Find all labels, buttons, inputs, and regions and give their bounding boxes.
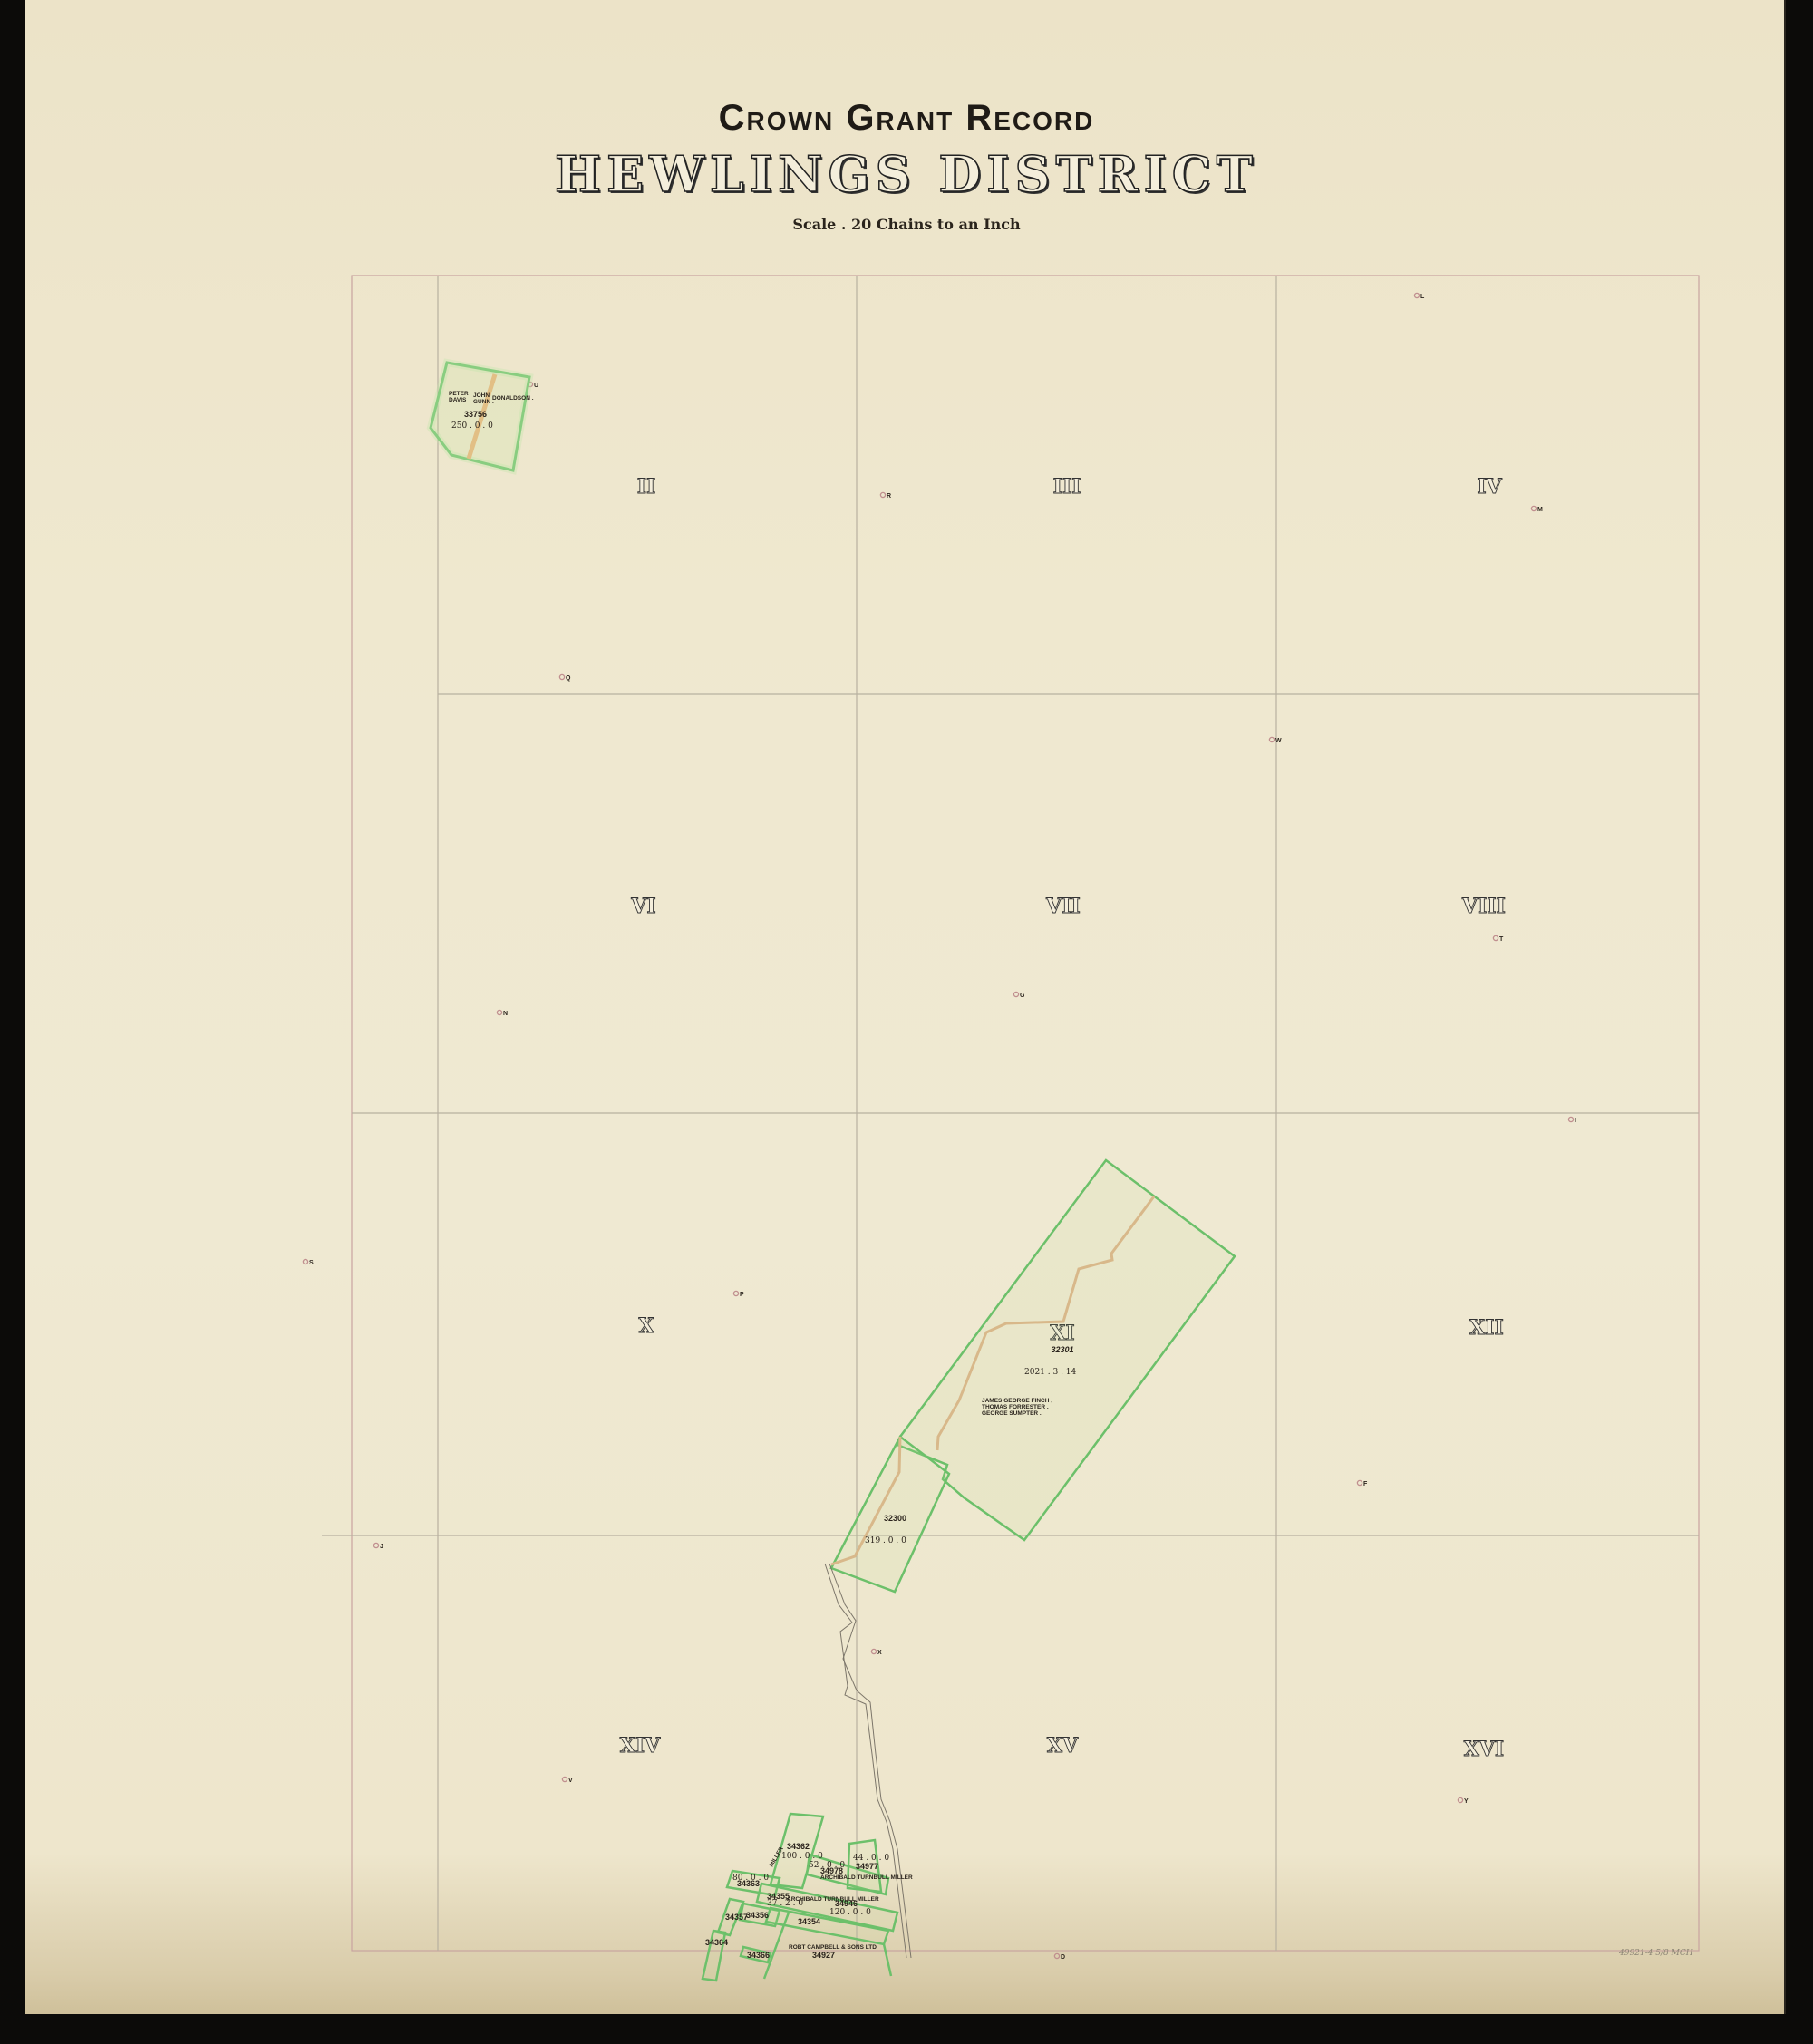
survey-mark-icon (373, 1543, 378, 1547)
hundred-label: XII (1469, 1316, 1504, 1340)
parcel-area: 250 . 0 . 0 (451, 421, 493, 431)
parcel-number: 34366 (747, 1951, 770, 1960)
survey-mark-icon (497, 1010, 501, 1014)
parcel-number: 32300 (884, 1514, 906, 1523)
parcel-area: 2021 . 3 . 14 (1024, 1368, 1077, 1377)
parcel-number: 33756 (464, 410, 487, 419)
owner-name: THOMAS FORRESTER , (982, 1404, 1049, 1410)
parcel-number: 34357 (725, 1913, 748, 1922)
ref-label: M (1537, 507, 1543, 513)
parcel-area: 319 . 0 . 0 (865, 1536, 906, 1545)
ref-label: J (380, 1544, 383, 1550)
ref-label: S (309, 1260, 314, 1266)
owner-name: JAMES GEORGE FINCH , (982, 1398, 1052, 1404)
survey-mark-icon (1414, 293, 1419, 297)
survey-mark-icon (880, 492, 885, 497)
owner-name: DONALDSON . (492, 395, 534, 402)
survey-mark-icon (733, 1291, 738, 1295)
hundred-labels: II III IV VI VII VIII X XI XII XIV XV XV… (620, 475, 1506, 1761)
owner-name: ARCHIBALD TURNBULL MILLER (787, 1896, 879, 1903)
ref-label: G (1020, 993, 1025, 999)
hundred-label: X (638, 1314, 654, 1338)
ref-label: Y (1464, 1798, 1469, 1805)
corner-reference-note: 49921-4 5/8 MCH (1618, 1949, 1693, 1958)
ref-label: N (503, 1011, 508, 1017)
parcel-area: 120 . 0 . 0 (829, 1908, 871, 1917)
parcel-number: 32301 (1051, 1345, 1073, 1354)
hundred-label: IV (1477, 475, 1502, 499)
owner-name: JOHN (473, 392, 490, 399)
hundred-label: XV (1047, 1734, 1079, 1758)
survey-mark-icon (303, 1259, 307, 1264)
ref-label: P (740, 1292, 744, 1298)
ref-label: T (1499, 936, 1504, 943)
parcel-33756[interactable]: PETER DAVIS JOHN GUNN . DONALDSON . 3375… (431, 363, 534, 470)
ref-label: L (1420, 294, 1425, 300)
owner-name: PETER (449, 391, 469, 397)
ref-label: Q (566, 675, 571, 682)
hundred-label: VIII (1461, 895, 1506, 918)
parcel-number: 34356 (746, 1911, 769, 1920)
hundred-label: VI (630, 895, 655, 918)
ref-label: F (1363, 1481, 1368, 1487)
survey-mark-icon (1357, 1480, 1362, 1485)
parcel-area: 100 . 0 . 0 (781, 1852, 823, 1861)
ref-label: X (877, 1650, 882, 1656)
owner-name: GUNN . (473, 399, 494, 405)
hundred-label: XVI (1464, 1738, 1504, 1761)
survey-mark-icon (1269, 737, 1274, 741)
survey-mark-icon (1531, 506, 1536, 510)
survey-mark-icon (1013, 992, 1018, 996)
reference-points: U L R M Q W T N G I S P F J X V Y D (303, 293, 1576, 1961)
survey-mark-icon (562, 1777, 567, 1781)
parcel-number: 34362 (787, 1842, 810, 1851)
ref-label: I (1575, 1118, 1576, 1124)
owner-name: ROBT CAMPBELL & SONS LTD (789, 1944, 877, 1951)
ref-label: U (534, 383, 538, 389)
survey-mark-icon (871, 1649, 876, 1653)
hundred-grid (322, 276, 1699, 1951)
cadastral-map: II III IV VI VII VIII X XI XII XIV XV XV… (0, 0, 1813, 2044)
parcel-number: 34946 (835, 1899, 858, 1908)
ref-label: W (1275, 738, 1282, 744)
owner-name: GEORGE SUMPTER . (982, 1410, 1042, 1417)
owner-name: ARCHIBALD TURNBULL MILLER (820, 1874, 913, 1881)
hundred-label: II (637, 475, 656, 499)
owner-name: DAVIS (449, 397, 467, 403)
hundred-label: III (1053, 475, 1081, 499)
ref-label: V (568, 1778, 573, 1784)
hundred-label: XIV (620, 1734, 661, 1758)
survey-mark-icon (559, 674, 564, 679)
survey-mark-icon (1458, 1797, 1462, 1802)
survey-mark-icon (1493, 935, 1498, 940)
hundred-label: VII (1045, 895, 1081, 918)
parcel-number: 34354 (798, 1917, 820, 1926)
survey-mark-icon (1054, 1953, 1059, 1958)
parcel-32300[interactable]: 32300 319 . 0 . 0 (831, 1437, 949, 1592)
parcel-number: 34927 (812, 1951, 835, 1960)
parcel-number: 34363 (737, 1879, 760, 1888)
parcel-number: 34977 (856, 1862, 878, 1871)
parcel-number: 34364 (705, 1938, 728, 1947)
ref-label: D (1061, 1954, 1065, 1961)
parcel-32301[interactable]: 32301 2021 . 3 . 14 JAMES GEORGE FINCH ,… (897, 1160, 1235, 1540)
survey-mark-icon (1568, 1117, 1573, 1121)
ref-label: R (887, 493, 891, 499)
